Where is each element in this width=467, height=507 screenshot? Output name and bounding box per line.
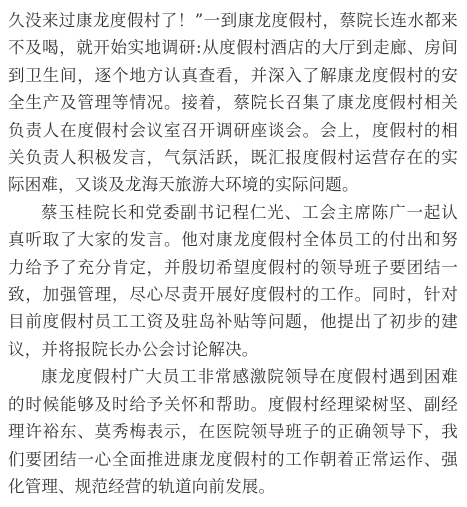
document-page: 久没来过康龙度假村了！”一到康龙度假村，蔡院长连水都来不及喝，就开始实地调研:从… [0,0,467,507]
paragraph-leaders-feedback: 蔡玉桂院长和党委副书记程仁光、工会主席陈广一起认真听取了大家的发言。他对康龙度假… [8,199,458,363]
paragraph-continuation: 久没来过康龙度假村了！”一到康龙度假村，蔡院长连水都来不及喝，就开始实地调研:从… [8,7,458,199]
paragraph-staff-response: 康龙度假村广大员工非常感激院领导在度假村遇到困难的时候能够及时给予关怀和帮助。度… [8,363,458,500]
